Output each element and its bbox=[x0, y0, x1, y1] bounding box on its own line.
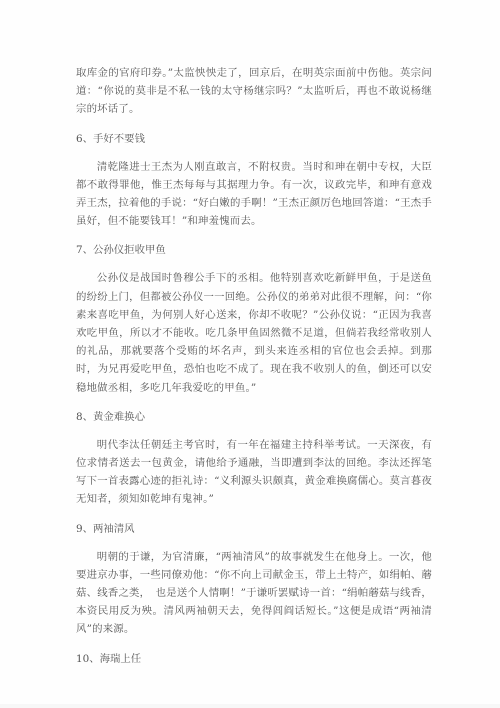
section-body-9: 明朝的于谦，为官清廉，“两袖清风”的故事就发生在他身上。一次，他要进京办事，一些… bbox=[76, 548, 432, 639]
intro-paragraph: 取库金的官府印券。”太监怏怏走了，回京后，在明英宗面前中伤他。英宗问道：“你说的… bbox=[76, 64, 432, 119]
section-body-7: 公孙仪是战国时鲁穆公手下的丞相。他特别喜欢吃新鲜甲鱼，于是送鱼的纷纷上门，但都被… bbox=[76, 269, 432, 396]
section-body-6: 清乾隆进士王杰为人刚直敢言，不附权贵。当时和珅在朝中专权，大臣都不敢得罪他，惟王… bbox=[76, 158, 432, 231]
section-heading-7: 7、公孙仪拒收甲鱼 bbox=[76, 241, 432, 259]
document-page: 取库金的官府印券。”太监怏怏走了，回京后，在明英宗面前中伤他。英宗问道：“你说的… bbox=[0, 0, 500, 708]
section-heading-10: 10、海瑞上任 bbox=[76, 650, 432, 668]
page-bottom-edge bbox=[0, 704, 500, 708]
section-heading-6: 6、手好不要钱 bbox=[76, 130, 432, 148]
section-heading-9: 9、两袖清风 bbox=[76, 520, 432, 538]
section-body-8: 明代李汰任朝廷主考官时，有一年在福建主持科举考试。一天深夜，有位求情者送去一包黄… bbox=[76, 436, 432, 509]
section-heading-8: 8、黄金难换心 bbox=[76, 408, 432, 426]
document-content: 取库金的官府印券。”太监怏怏走了，回京后，在明英宗面前中伤他。英宗问道：“你说的… bbox=[76, 64, 432, 678]
